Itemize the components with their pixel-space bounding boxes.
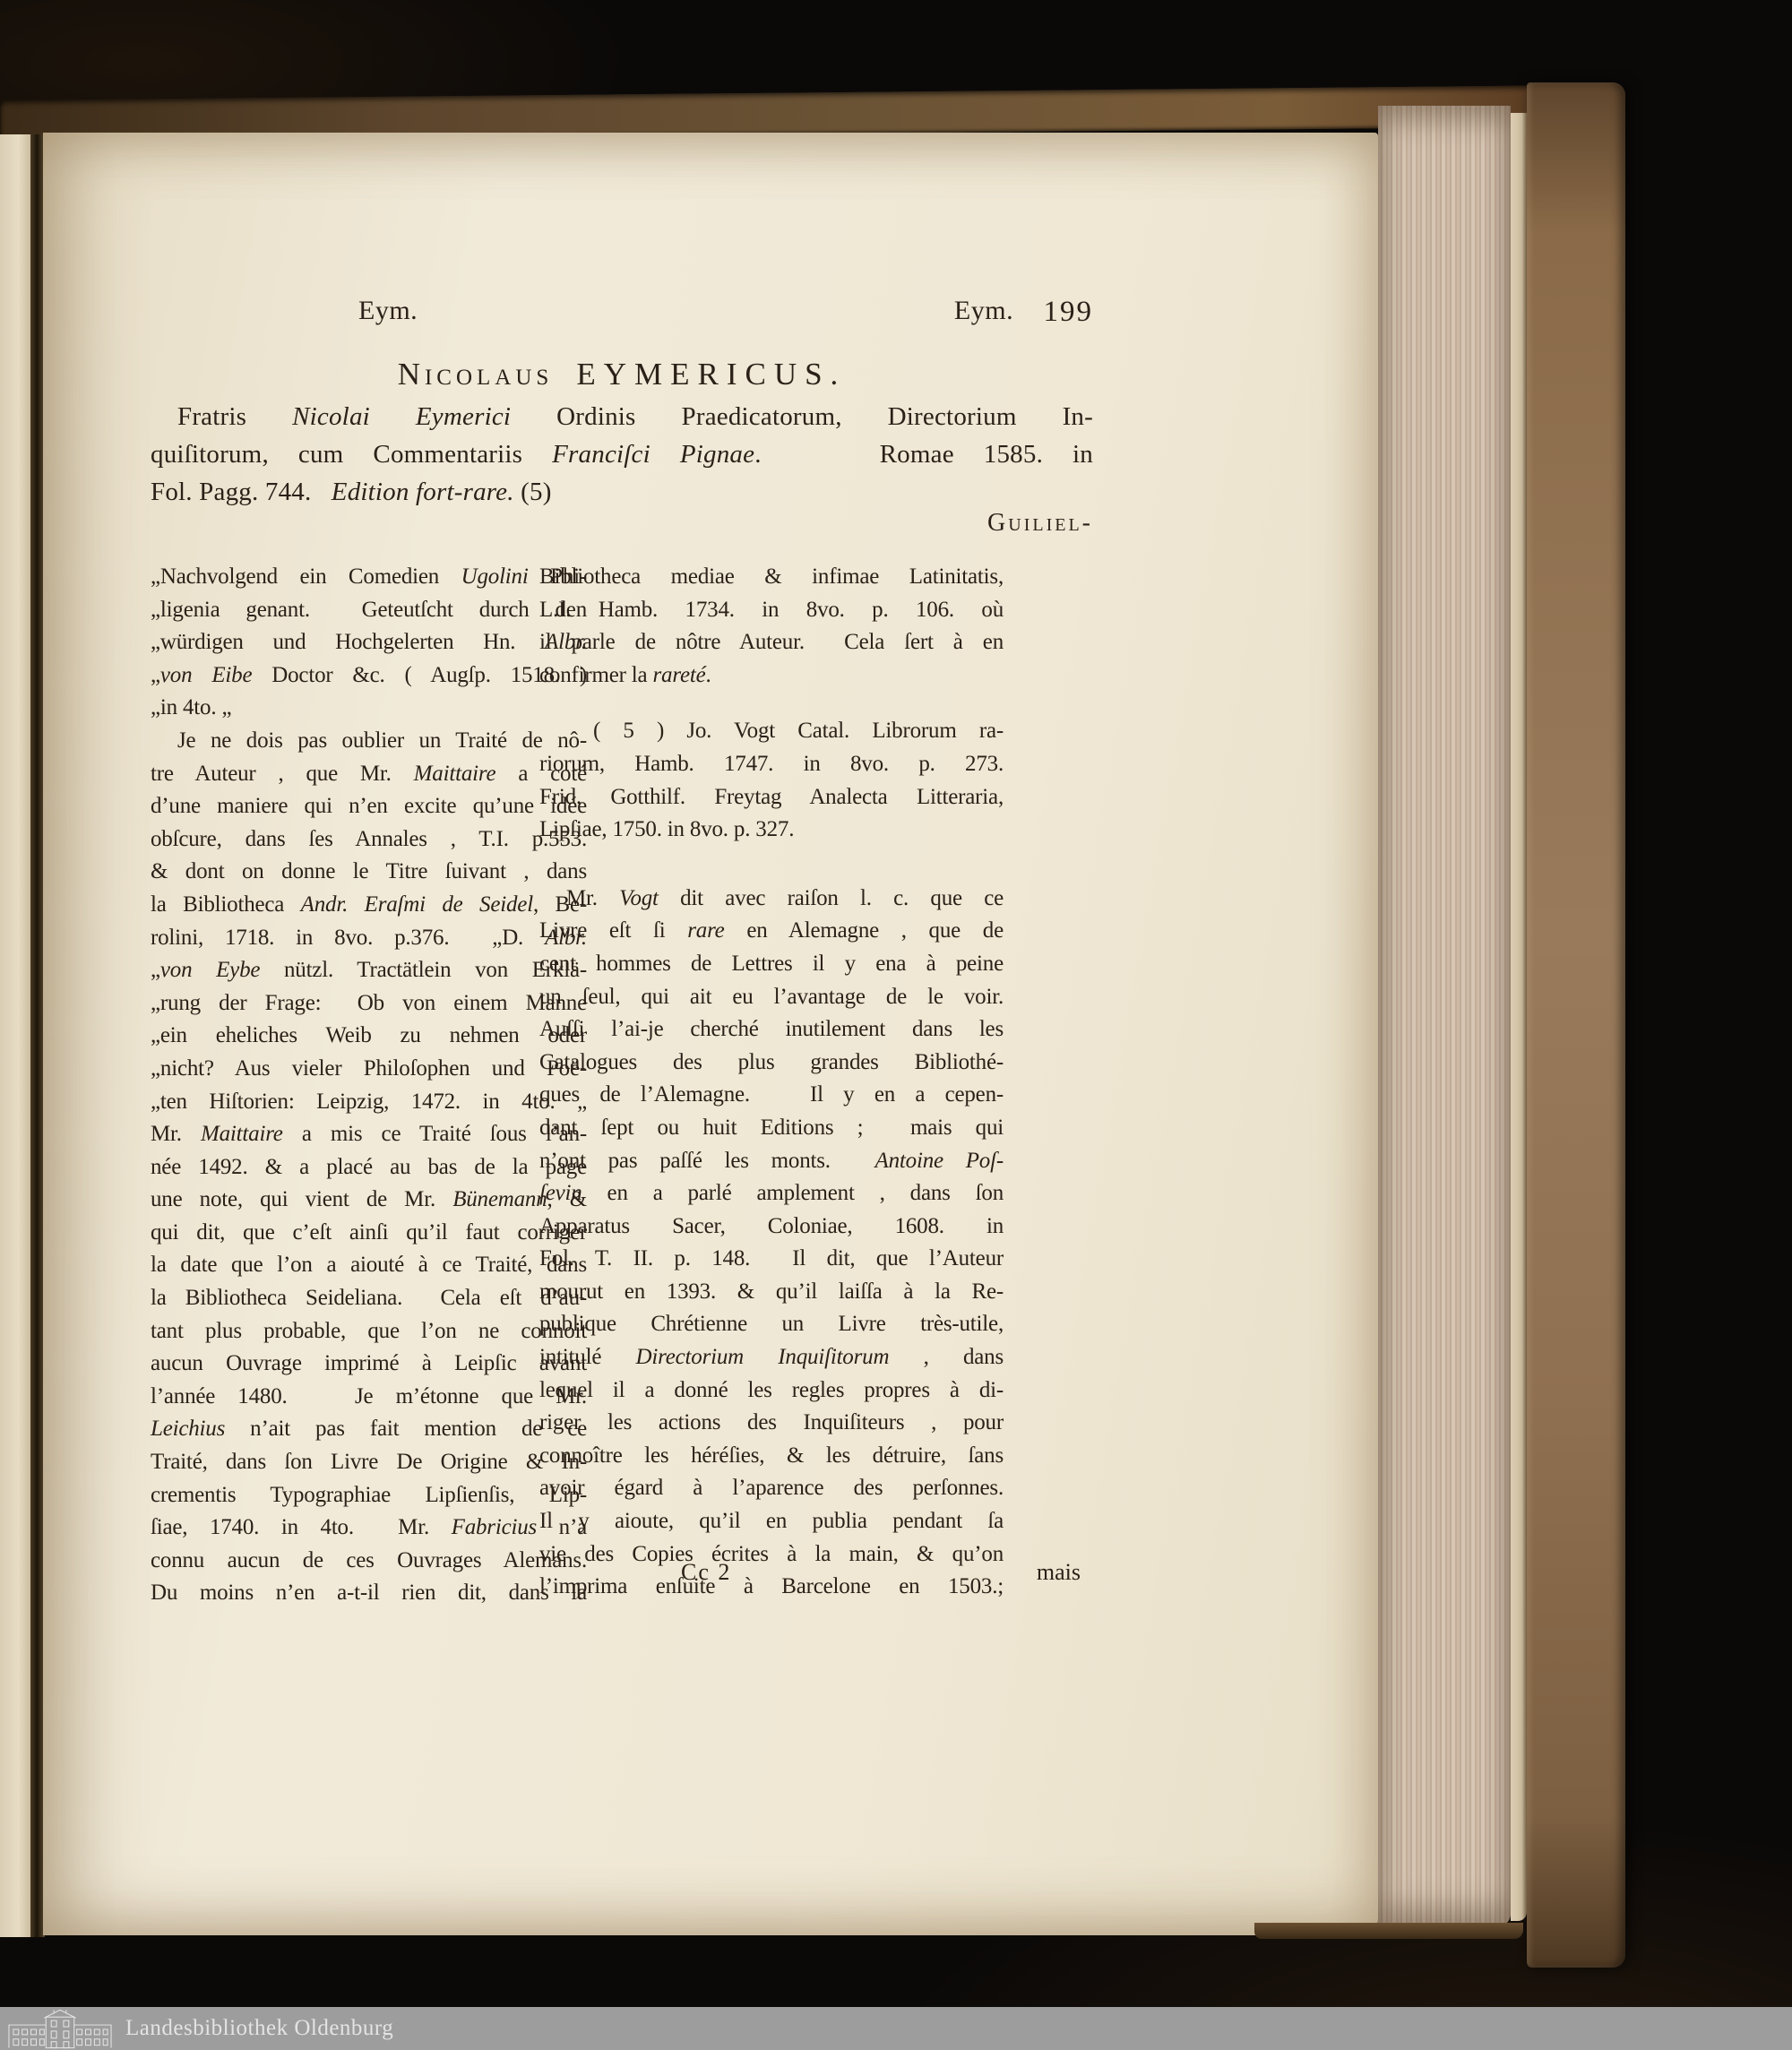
text-run: l’année 1480. Je m’étonne que Mr. <box>151 1384 587 1408</box>
text-line: ( 5 ) Jo. Vogt Catal. Librorum ra- <box>539 715 1004 748</box>
italic-run: Vogt <box>619 886 659 910</box>
text-run: riorum, Hamb. 1747. in 8vo. p. 273. <box>539 752 1004 776</box>
text-run: „ten Hiſtorien: Leipzig, 1472. in 4to. „ <box>151 1090 587 1114</box>
text-line: crementis Typographiae Lipſienſis, Lip- <box>151 1479 587 1512</box>
text-run: , dans <box>889 1345 1004 1369</box>
italic-run: Franciſci Pignae <box>552 440 754 469</box>
text-run: n’ait pas fait mention de ce <box>225 1417 587 1441</box>
text-run: „ <box>151 958 160 982</box>
text-column-left: „Nachvolgend ein Comedien Ugolini Phi-„l… <box>151 561 587 1610</box>
text-line: Je ne dois pas oublier un Traité de nô- <box>151 725 587 758</box>
text-run: Fol. T. II. p. 148. Il dit, que l’Auteur <box>539 1246 1004 1270</box>
text-line: riger les actions des Inquiſiteurs , pou… <box>539 1407 1004 1440</box>
text-line: connoître les héréſies, & les détruire, … <box>539 1440 1004 1473</box>
text-run: „rung der Frage: Ob von einem Manne <box>151 991 587 1015</box>
text-run: la Bibliotheca Seideliana. Cela eſt d’au… <box>151 1286 587 1310</box>
text-run: cent hommes de Lettres il y ena à peine <box>539 952 1004 976</box>
text-run: dit avec raiſon l. c. que ce <box>659 886 1004 910</box>
running-head-left: Eym. <box>358 296 418 326</box>
signature-line: Cc 2 mais <box>151 1559 1093 1595</box>
italic-run: Fabricius <box>452 1515 537 1539</box>
text-line: Bibliotheca mediae & infimae Latinitatis… <box>539 561 1004 594</box>
text-run: un ſeul, qui ait eu l’avantage de le voi… <box>539 985 1004 1009</box>
italic-run: rareté <box>653 663 706 687</box>
text-run: ( 5 ) Jo. Vogt Catal. Librorum ra- <box>593 719 1004 743</box>
text-line: la Bibliotheca Seideliana. Cela eſt d’au… <box>151 1282 587 1315</box>
text-run: crementis Typographiae Lipſienſis, Lip- <box>151 1483 587 1507</box>
text-line: rolini, 1718. in 8vo. p.376. „D. Albr. <box>151 922 587 955</box>
text-run: (5) <box>514 478 552 506</box>
text-line: lequel il a donné les regles propres à d… <box>539 1374 1004 1408</box>
text-run: publique Chrétienne un Livre très-utile, <box>539 1312 1004 1336</box>
text-run: Mr. <box>566 886 619 910</box>
italic-run: Maittaire <box>414 762 496 786</box>
italic-run: Ugolini <box>461 564 529 589</box>
text-run: ſiae, 1740. in 4to. Mr. <box>151 1515 452 1539</box>
text-line: Lipſiae, 1750. in 8vo. p. 327. <box>539 814 1004 847</box>
text-run: „ein eheliches Weib zu nehmen oder <box>151 1023 587 1047</box>
text-run: & dont on donne le Titre ſuivant , dans <box>151 859 587 883</box>
text-line: publique Chrétienne un Livre très-utile, <box>539 1308 1004 1341</box>
text-line: Livre eſt ſi rare en Alemagne , que de <box>539 915 1004 948</box>
text-run: Ordinis Praedicatorum, Directorium In- <box>511 402 1093 431</box>
text-run: avoir égard à l’aparence des perſonnes. <box>539 1476 1004 1500</box>
text-run: . <box>705 663 711 687</box>
text-run: en Alemagne , que de <box>725 918 1004 943</box>
text-column-right: Bibliotheca mediae & infimae Latinitatis… <box>539 561 1004 1604</box>
text-run: riger les actions des Inquiſiteurs , pou… <box>539 1410 1004 1434</box>
text-run: obſcure, dans ſes Annales , T.I. p.553. <box>151 827 587 851</box>
text-run: . Romae 1585. in <box>754 440 1093 469</box>
text-run: tre Auteur , que Mr. <box>151 762 414 786</box>
text-run: née 1492. & a placé au bas de la page <box>151 1155 587 1179</box>
text-line: „von Eybe nützl. Tractätlein von Erklä- <box>151 954 587 987</box>
text-run: Mr. <box>151 1122 201 1146</box>
page-block-edge <box>1511 113 1527 1921</box>
book-fore-edge <box>1378 106 1511 1926</box>
text-line: née 1492. & a placé au bas de la page <box>151 1151 587 1184</box>
italic-run: Andr. Eraſmi de Seidel <box>301 892 533 917</box>
text-line: il parle de nôtre Auteur. Cela ſert à en <box>539 626 1004 659</box>
text-line: une note, qui vient de Mr. Bünemann, & <box>151 1184 587 1217</box>
text-line: dant ſept ou huit Editions ; mais qui <box>539 1112 1004 1145</box>
text-run: dant ſept ou huit Editions ; mais qui <box>539 1115 1004 1140</box>
text-line: L.I. Hamb. 1734. in 8vo. p. 106. où <box>539 594 1004 627</box>
text-line: „in 4to. „ <box>151 692 587 725</box>
running-head-center: Eym. <box>814 296 1154 326</box>
text-line: „Nachvolgend ein Comedien Ugolini Phi- <box>151 561 587 594</box>
facing-page-sliver <box>0 134 30 1937</box>
text-line: intitulé Directorium Inquiſitorum , dans <box>539 1341 1004 1374</box>
text-line: un ſeul, qui ait eu l’avantage de le voi… <box>539 981 1004 1014</box>
italic-run: Leichius <box>151 1417 225 1441</box>
text-run: „würdigen und Hochgelerten Hn. <box>151 630 545 654</box>
text-line: Traité, dans ſon Livre De Origine & In- <box>151 1446 587 1479</box>
text-line: aucun Ouvrage imprimé à Leipſic avant <box>151 1348 587 1381</box>
text-run: confirmer la <box>539 663 653 687</box>
text-line: ques de l’Alemagne. Il y en a cepen- <box>539 1079 1004 1112</box>
catchword-guiliel: Guiliel- <box>151 509 1093 538</box>
text-run: Livre eſt ſi <box>539 918 687 943</box>
text-run: n’ont pas paſſé les monts. <box>539 1149 875 1173</box>
text-line: riorum, Hamb. 1747. in 8vo. p. 273. <box>539 748 1004 781</box>
text-run: aucun Ouvrage imprimé à Leipſic avant <box>151 1351 587 1375</box>
text-line: „von Eibe Doctor &c. ( Augſp. 1518. ) <box>151 659 587 693</box>
text-line: „ein eheliches Weib zu nehmen oder <box>151 1020 587 1053</box>
text-line: cent hommes de Lettres il y ena à peine <box>539 948 1004 981</box>
text-run: „Nachvolgend ein Comedien <box>151 564 461 589</box>
text-run: Apparatus Sacer, Coloniae, 1608. in <box>539 1214 1004 1238</box>
text-run: il parle de nôtre Auteur. Cela ſert à en <box>539 630 1004 654</box>
text-line: Apparatus Sacer, Coloniae, 1608. in <box>539 1210 1004 1244</box>
running-head: Eym. Eym. 199 <box>151 296 1093 332</box>
text-run: intitulé <box>539 1345 636 1369</box>
text-run: lequel il a donné les regles propres à d… <box>539 1378 1004 1402</box>
book-cover-board <box>1527 82 1625 1968</box>
text-run: „in 4to. „ <box>151 695 231 719</box>
article-title: NicolausEYMERICUS. <box>151 357 1093 392</box>
text-run: la Bibliotheca <box>151 892 301 917</box>
text-line: „ligenia genant. Geteutſcht durch den <box>151 594 587 627</box>
text-line: avoir égard à l’aparence des perſonnes. <box>539 1472 1004 1505</box>
italic-run: Nicolai Eymerici <box>292 402 511 431</box>
text-run: la date que l’on a aiouté à ce Traité, d… <box>151 1253 587 1277</box>
text-run: Je ne dois pas oublier un Traité de nô- <box>177 728 587 753</box>
text-run: qui dit, que c’eſt ainſi qu’il faut corr… <box>151 1220 587 1245</box>
text-line: & dont on donne le Titre ſuivant , dans <box>151 856 587 889</box>
text-run: mourut en 1393. & qu’il laiſſa à la Re- <box>539 1279 1004 1304</box>
text-line: „würdigen und Hochgelerten Hn. Albr. <box>151 626 587 659</box>
text-run: Doctor &c. ( Augſp. 1518. ) <box>252 663 587 687</box>
italic-run: von Eybe <box>160 958 260 982</box>
text-line: l’année 1480. Je m’étonne que Mr. <box>151 1381 587 1414</box>
text-line: „rung der Frage: Ob von einem Manne <box>151 987 587 1021</box>
text-line: tre Auteur , que Mr. Maittaire a coté <box>151 758 587 791</box>
italic-run: Maittaire <box>201 1122 283 1146</box>
text-run: Fol. Pagg. 744. <box>151 478 332 506</box>
text-line: mourut en 1393. & qu’il laiſſa à la Re- <box>539 1276 1004 1309</box>
text-run: Fratris <box>177 402 292 431</box>
text-run: L.I. Hamb. 1734. in 8vo. p. 106. où <box>539 598 1004 622</box>
text-run: nützl. Tractätlein von Erklä- <box>260 958 587 982</box>
text-line: qui dit, que c’eſt ainſi qu’il faut corr… <box>151 1217 587 1250</box>
text-line: Frid. Gotthilf. Freytag Analecta Littera… <box>539 781 1004 814</box>
text-line: confirmer la rareté. <box>539 659 1004 693</box>
text-line: Mr. Maittaire a mis ce Traité ſous l’an- <box>151 1118 587 1151</box>
library-watermark-bar: Landesbibliothek Oldenburg <box>0 2007 1792 2050</box>
text-run: Frid. Gotthilf. Freytag Analecta Littera… <box>539 785 1004 809</box>
text-run: Bibliotheca mediae & infimae Latinitatis… <box>539 564 1004 589</box>
text-line: n’ont pas paſſé les monts. Antoine Poſ- <box>539 1145 1004 1178</box>
text-run: connoître les héréſies, & les détruire, … <box>539 1443 1004 1468</box>
text-line: Leichius n’ait pas fait mention de ce <box>151 1413 587 1446</box>
text-run: en a parlé amplement , dans ſon <box>582 1181 1004 1205</box>
text-run: Catalogues des plus grandes Bibliothé- <box>539 1050 1004 1074</box>
library-name-label: Landesbibliothek Oldenburg <box>125 2016 393 2041</box>
text-run: Lipſiae, 1750. in 8vo. p. 327. <box>539 817 794 841</box>
book-page: Eym. Eym. 199 NicolausEYMERICUS. Fratris… <box>43 133 1378 1935</box>
text-line: obſcure, dans ſes Annales , T.I. p.553. <box>151 823 587 857</box>
intro-paragraph: Fratris Nicolai Eymerici Ordinis Praedic… <box>151 398 1093 511</box>
text-run: d’une maniere qui n’en excite qu’une idé… <box>151 794 587 818</box>
text-line: ſevin en a parlé amplement , dans ſon <box>539 1177 1004 1210</box>
text-line: Il y aioute, qu’il en publia pendant ſa <box>539 1505 1004 1538</box>
text-run: „ <box>151 663 160 687</box>
text-run: rolini, 1718. in 8vo. p.376. „D. <box>151 926 545 950</box>
text-line: la Bibliotheca Andr. Eraſmi de Seidel, B… <box>151 889 587 922</box>
title-given-name: Nicolaus <box>398 357 554 392</box>
text-line: la date que l’on a aiouté à ce Traité, d… <box>151 1249 587 1282</box>
library-building-icon <box>7 2008 113 2049</box>
text-line: d’une maniere qui n’en excite qu’une idé… <box>151 790 587 823</box>
italic-run: Edition fort-rare. <box>332 478 514 506</box>
italic-run: ſevin <box>539 1181 582 1205</box>
text-line: Mr. Vogt dit avec raiſon l. c. que ce <box>539 883 1004 916</box>
text-run: „ligenia genant. Geteutſcht durch den <box>151 598 587 622</box>
italic-run: Directorium Inquiſitorum <box>636 1345 890 1369</box>
text-line: quiſitorum, cum Commentariis Franciſci P… <box>151 435 1093 473</box>
text-line: Fol. T. II. p. 148. Il dit, que l’Auteur <box>539 1243 1004 1276</box>
catchword: mais <box>1037 1559 1081 1586</box>
text-line: „ten Hiſtorien: Leipzig, 1472. in 4to. „ <box>151 1086 587 1119</box>
italic-run: rare <box>687 918 724 943</box>
page-number: 199 <box>1044 296 1094 329</box>
text-run: Il y aioute, qu’il en publia pendant ſa <box>539 1509 1004 1533</box>
text-run: quiſitorum, cum Commentariis <box>151 440 552 469</box>
text-line: ſiae, 1740. in 4to. Mr. Fabricius n’a <box>151 1512 587 1545</box>
text-line: Fol. Pagg. 744. Edition fort-rare. (5) <box>151 473 1093 511</box>
text-run: „nicht? Aus vieler Philoſophen und Poë- <box>151 1056 587 1081</box>
italic-run: Bünemann <box>452 1187 547 1211</box>
title-surname: EYMERICUS. <box>576 357 846 392</box>
text-run: ques de l’Alemagne. Il y en a cepen- <box>539 1082 1004 1107</box>
italic-run: Antoine Poſ- <box>875 1149 1004 1173</box>
text-run: Traité, dans ſon Livre De Origine & In- <box>151 1450 587 1474</box>
book-bottom-edge <box>1254 1923 1523 1939</box>
text-line: tant plus probable, que l’on ne connoit <box>151 1315 587 1348</box>
text-run: Auſſi l’ai-je cherché inutilement dans l… <box>539 1017 1004 1041</box>
gathering-signature: Cc 2 <box>681 1559 731 1586</box>
text-line: Catalogues des plus grandes Bibliothé- <box>539 1047 1004 1080</box>
text-run: tant plus probable, que l’on ne connoit <box>151 1319 587 1343</box>
text-line: „nicht? Aus vieler Philoſophen und Poë- <box>151 1053 587 1086</box>
text-run: une note, qui vient de Mr. <box>151 1187 452 1211</box>
text-line: Fratris Nicolai Eymerici Ordinis Praedic… <box>151 398 1093 435</box>
italic-run: von Eibe <box>160 663 252 687</box>
text-line: Auſſi l’ai-je cherché inutilement dans l… <box>539 1013 1004 1047</box>
